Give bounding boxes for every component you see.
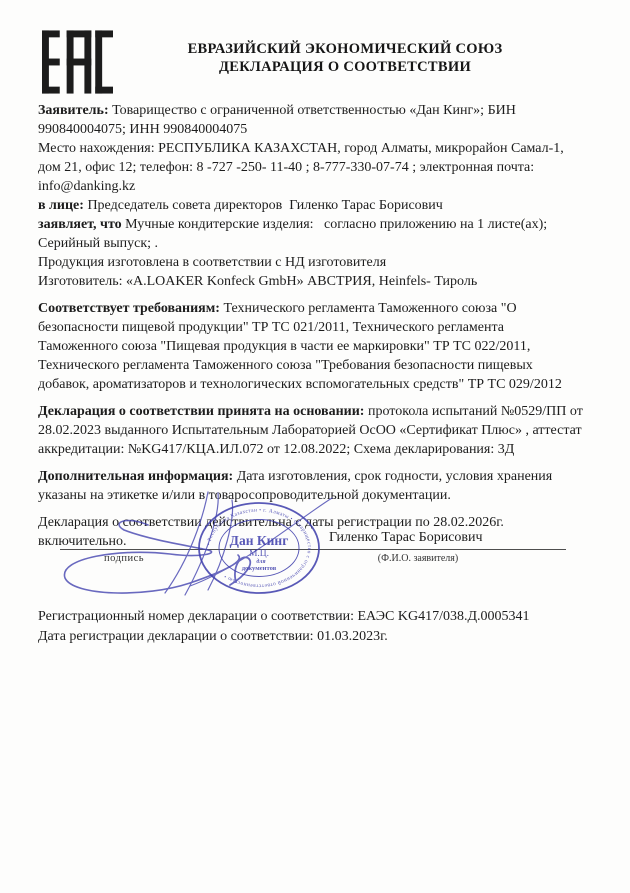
registration-block: Регистрационный номер декларации о соотв…	[38, 607, 598, 646]
paragraph-production: Продукция изготовлена в соответствии с Н…	[38, 253, 587, 272]
basis-label: Декларация о соответствии принята на осн…	[38, 404, 364, 419]
paragraph-in-person: в лице: Председатель совета директоров Г…	[38, 196, 587, 215]
stamp-docs-word1: для	[256, 558, 265, 565]
in-person-text: Председатель совета директоров Гиленко Т…	[84, 198, 443, 213]
declaration-document: ЕВРАЗИЙСКИЙ ЭКОНОМИЧЕСКИЙ СОЮЗ ДЕКЛАРАЦИ…	[0, 0, 630, 893]
applicant-label: Заявитель:	[38, 103, 109, 118]
document-header: ЕВРАЗИЙСКИЙ ЭКОНОМИЧЕСКИЙ СОЮЗ ДЕКЛАРАЦИ…	[115, 41, 575, 76]
in-person-label: в лице:	[38, 198, 84, 213]
paragraph-basis: Декларация о соответствии принята на осн…	[38, 402, 587, 459]
paragraph-address: Место нахождения: РЕСПУБЛИКА КАЗАХСТАН, …	[38, 139, 587, 196]
stamp-docs-word2: документов	[242, 565, 277, 572]
document-title: ДЕКЛАРАЦИЯ О СООТВЕТСТВИИ	[115, 59, 575, 77]
production-text: Продукция изготовлена в соответствии с Н…	[38, 255, 386, 270]
applicant-name: Гиленко Тарас Борисович	[329, 530, 483, 546]
registration-date-line: Дата регистрации декларации о соответств…	[38, 627, 598, 647]
paragraph-manufacturer: Изготовитель: «A.LOAKER Konfeck GmbH» АВ…	[38, 272, 587, 291]
registration-number-line: Регистрационный номер декларации о соотв…	[38, 607, 598, 627]
document-body: Заявитель: Товарищество с ограниченной о…	[38, 101, 587, 551]
union-title: ЕВРАЗИЙСКИЙ ЭКОНОМИЧЕСКИЙ СОЮЗ	[115, 41, 575, 59]
eac-logo	[42, 30, 113, 94]
paragraph-validity: Декларация о соответствии действительна …	[38, 513, 587, 551]
signature-caption: подпись	[104, 553, 144, 564]
applicant-name-caption: (Ф.И.О. заявителя)	[338, 553, 498, 564]
address-text: Место нахождения: РЕСПУБЛИКА КАЗАХСТАН, …	[38, 141, 567, 194]
declares-label: заявляет, что	[38, 217, 122, 232]
paragraph-conforms: Соответствует требованиям: Технического …	[38, 299, 587, 394]
paragraph-applicant: Заявитель: Товарищество с ограниченной о…	[38, 101, 587, 139]
applicant-text: Товарищество с ограниченной ответственно…	[38, 103, 519, 137]
signature-line	[60, 549, 566, 550]
paragraph-declares: заявляет, что Мучные кондитерские издели…	[38, 215, 587, 253]
conforms-label: Соответствует требованиям:	[38, 301, 220, 316]
paragraph-additional: Дополнительная информация: Дата изготовл…	[38, 467, 587, 505]
additional-label: Дополнительная информация:	[38, 469, 233, 484]
manufacturer-text: Изготовитель: «A.LOAKER Konfeck GmbH» АВ…	[38, 274, 477, 289]
